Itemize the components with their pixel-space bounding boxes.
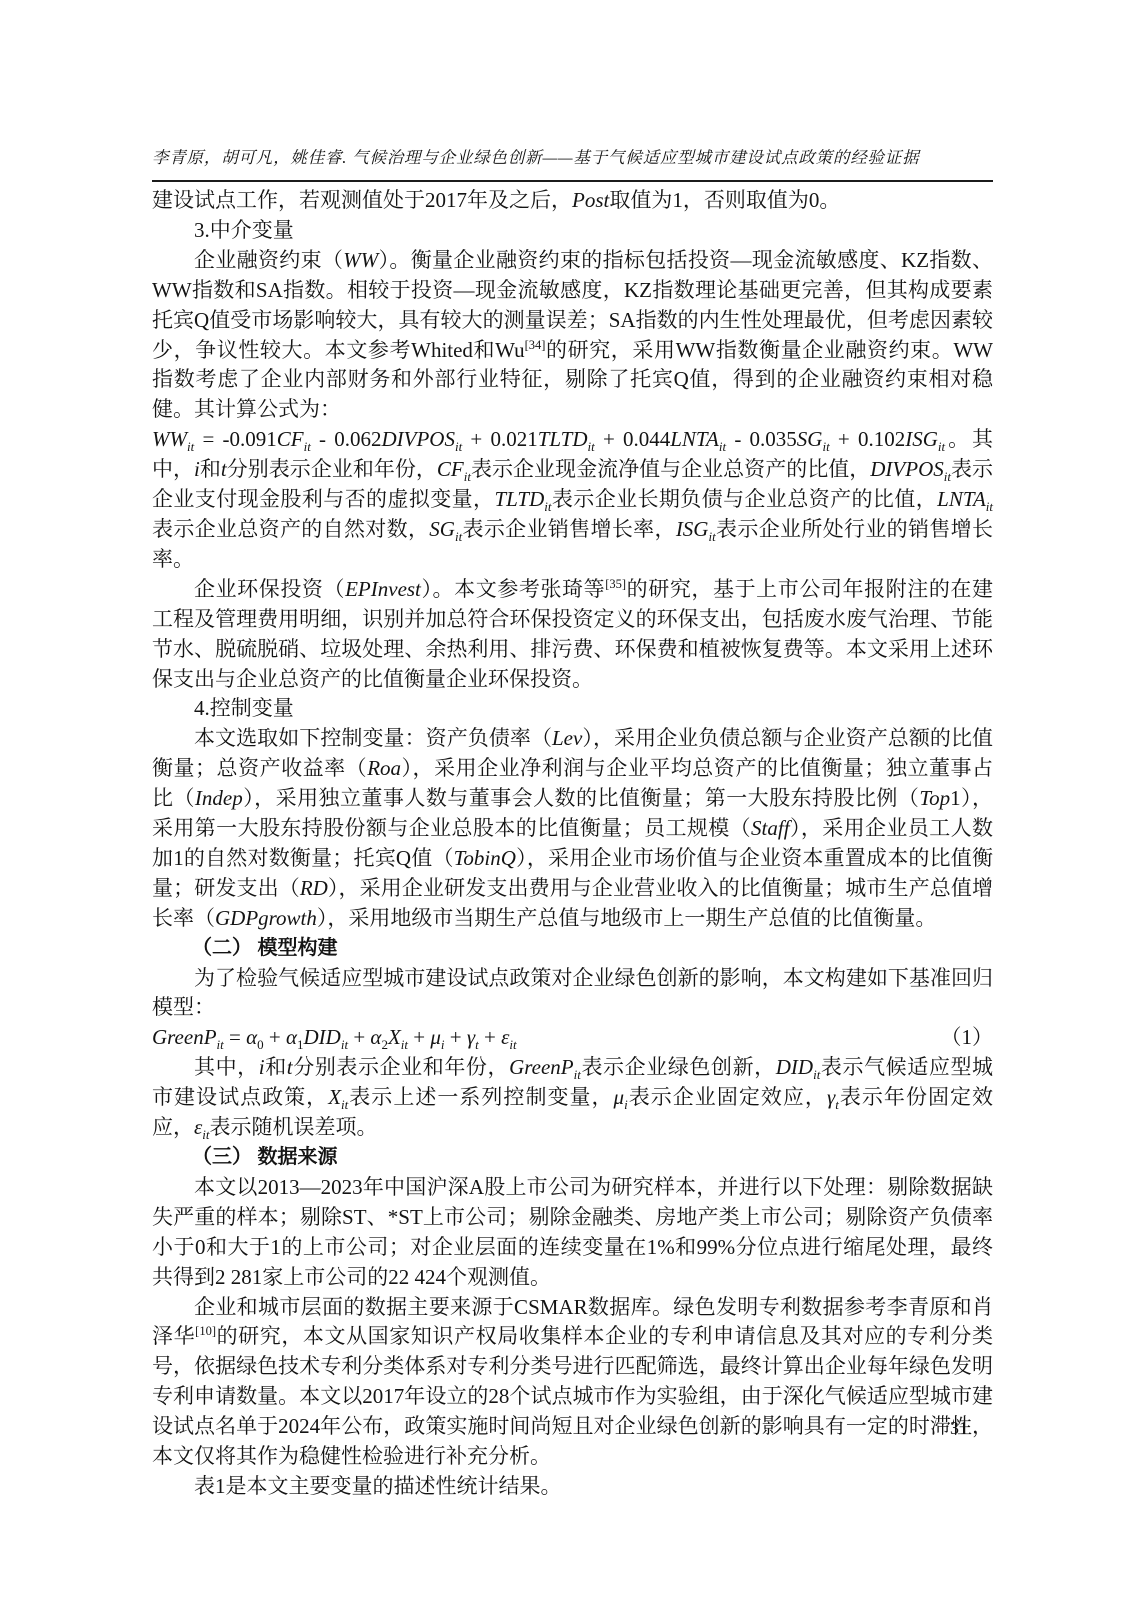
para-model-intro: 为了检验气候适应型城市建设试点政策对企业绿色创新的影响，本文构建如下基准回归模型…	[152, 964, 993, 1024]
para-table1-note: 表1是本文主要变量的描述性统计结果。	[152, 1472, 993, 1502]
para-data-description: 企业和城市层面的数据主要来源于CSMAR数据库。绿色发明专利数据参考李青原和肖泽…	[152, 1293, 993, 1472]
subheading-control-variables: 4.控制变量	[152, 694, 993, 724]
paper-page: 李青原，胡可凡，姚佳睿. 气候治理与企业绿色创新——基于气候适应型城市建设试点政…	[0, 0, 1140, 1600]
heading-model-construction: （二） 模型构建	[152, 934, 993, 964]
para-model-explanation: 其中，i和t分别表示企业和年份，GreenPit表示企业绿色创新，DIDit表示…	[152, 1053, 993, 1143]
para-post-variable: 建设试点工作，若观测值处于2017年及之后，Post取值为1，否则取值为0。	[152, 186, 993, 216]
equation-1: GreenPit = α0 + α1DIDit + α2Xit + μi + γ…	[152, 1023, 993, 1053]
equation-number: （1）	[941, 1023, 994, 1053]
body-text: 建设试点工作，若观测值处于2017年及之后，Post取值为1，否则取值为0。3.…	[152, 186, 993, 1502]
para-financing-constraint: 企业融资约束（WW）。衡量企业融资约束的指标包括投资—现金流敏感度、KZ指数、W…	[152, 246, 993, 425]
subheading-mediator-variables: 3.中介变量	[152, 216, 993, 246]
page-number: 31	[950, 1418, 968, 1439]
para-sample-selection: 本文以2013—2023年中国沪深A股上市公司为研究样本，并进行以下处理：剔除数…	[152, 1173, 993, 1293]
para-environmental-investment: 企业环保投资（EPInvest）。本文参考张琦等[35]的研究，基于上市公司年报…	[152, 575, 993, 695]
para-control-variables: 本文选取如下控制变量：资产负债率（Lev），采用企业负债总额与企业资产总额的比值…	[152, 724, 993, 933]
para-ww-formula: WWit = -0.091CFit - 0.062DIVPOSit + 0.02…	[152, 425, 993, 575]
running-head: 李青原，胡可凡，姚佳睿. 气候治理与企业绿色创新——基于气候适应型城市建设试点政…	[152, 144, 993, 182]
heading-data-source: （三） 数据来源	[152, 1143, 993, 1173]
